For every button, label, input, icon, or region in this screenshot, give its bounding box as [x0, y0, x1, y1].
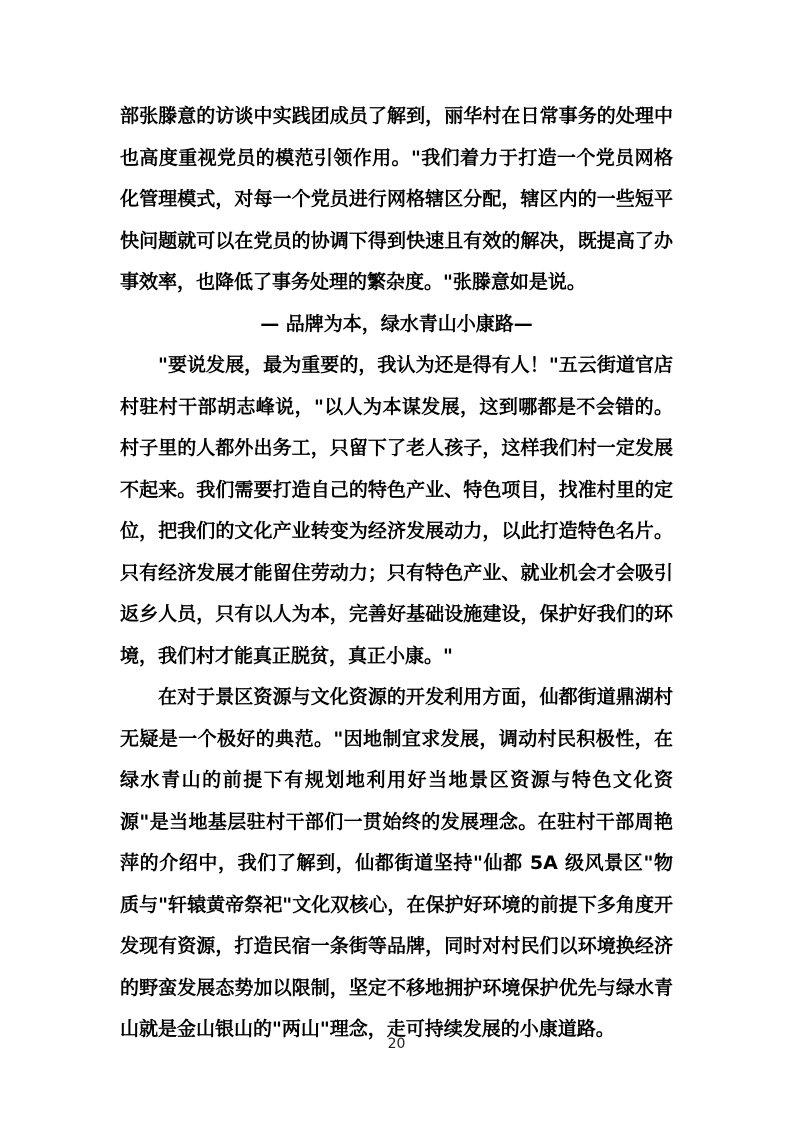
page-content: 部张滕意的访谈中实践团成员了解到，丽华村在日常事务的处理中也高度重视党员的模范引…	[120, 96, 673, 1051]
paragraph-quote-huzhifeng: "要说发展，最为重要的，我认为还是得有人！"五云街道官店村驻村干部胡志峰说，"以…	[120, 345, 673, 677]
page-number: 20	[0, 1036, 793, 1052]
paragraph-continued: 部张滕意的访谈中实践团成员了解到，丽华村在日常事务的处理中也高度重视党员的模范引…	[120, 96, 673, 304]
section-heading: — 品牌为本，绿水青山小康路—	[120, 304, 673, 346]
paragraph-dinghu-village: 在对于景区资源与文化资源的开发利用方面，仙都街道鼎湖村无疑是一个极好的典范。"因…	[120, 677, 673, 1051]
document-page: 部张滕意的访谈中实践团成员了解到，丽华村在日常事务的处理中也高度重视党员的模范引…	[0, 0, 793, 1122]
